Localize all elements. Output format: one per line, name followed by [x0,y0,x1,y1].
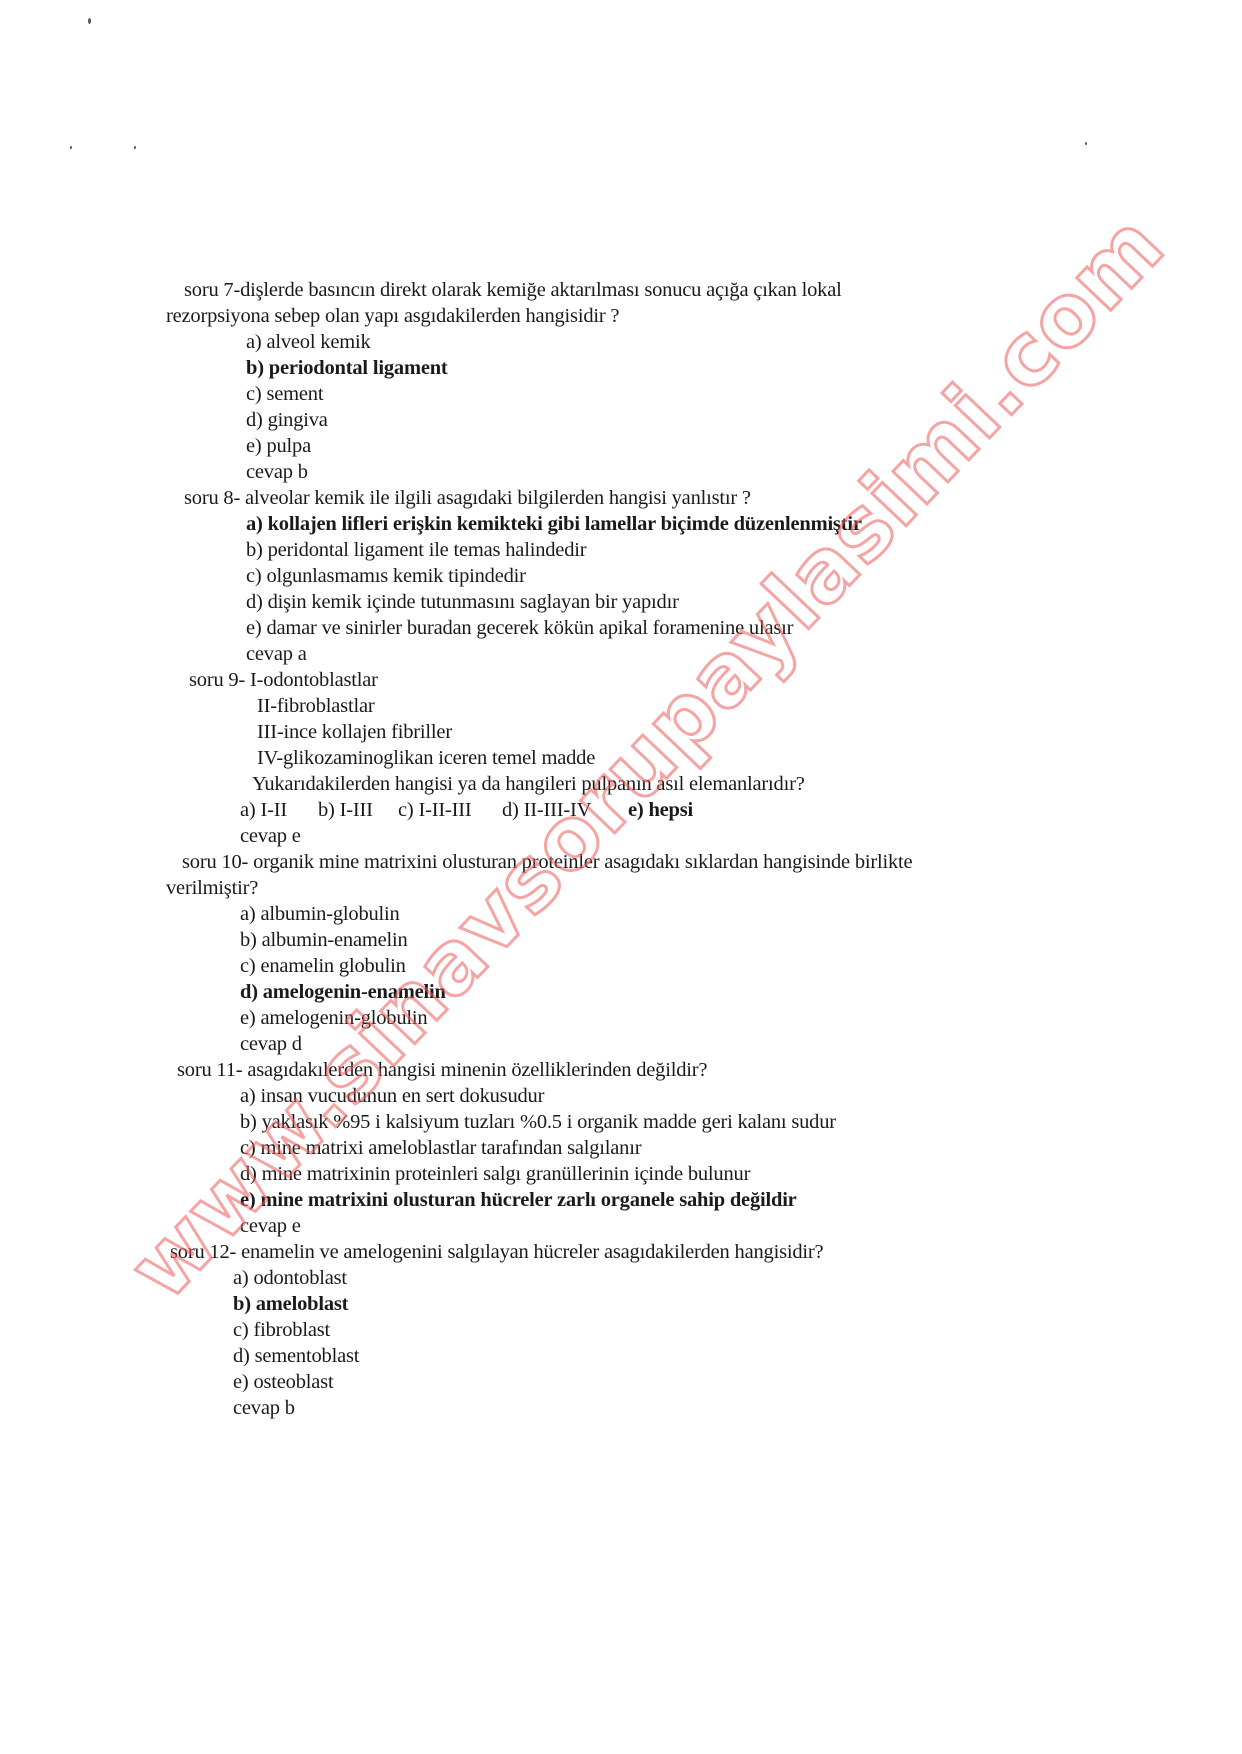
question-7-text: soru 7-dişlerde basıncın direkt olarak k… [184,278,842,302]
question-8-text: soru 8- alveolar kemik ile ilgili asagıd… [184,486,751,510]
question-9-option-b: b) I-III [318,798,373,822]
question-10-option-a: a) albumin-globulin [240,902,400,926]
question-9-stem: Yukarıdakilerden hangisi ya da hangileri… [252,772,805,796]
question-9-item-iv: IV-glikozaminoglikan iceren temel madde [257,746,595,770]
question-9-option-a: a) I-II [240,798,287,822]
question-9-answer: cevap e [240,824,301,848]
scan-speck [134,146,136,149]
question-11-option-c: c) mine matrixi ameloblastlar tarafından… [240,1136,641,1160]
question-9-item-iii: III-ince kollajen fibriller [257,720,452,744]
question-9-option-c: c) I-II-III [398,798,471,822]
question-7-option-c: c) sement [246,382,323,406]
scanned-page: soru 7-dişlerde basıncın direkt olarak k… [0,0,1242,1754]
question-7-answer: cevap b [246,460,308,484]
question-11-option-a: a) insan vucudunun en sert dokusudur [240,1084,544,1108]
question-9-item-ii: II-fibroblastlar [257,694,374,718]
question-9-text: soru 9- I-odontoblastlar [189,668,378,692]
question-9-option-e: e) hepsi [628,798,693,822]
question-11-option-d: d) mine matrixinin proteinleri salgı gra… [240,1162,750,1186]
question-7-option-a: a) alveol kemik [246,330,371,354]
question-9-option-d: d) II-III-IV [502,798,591,822]
scan-speck [88,18,91,24]
question-10-option-c: c) enamelin globulin [240,954,406,978]
question-12-option-d: d) sementoblast [233,1344,359,1368]
question-11-answer: cevap e [240,1214,301,1238]
question-7-option-d: d) gingiva [246,408,328,432]
question-11-option-b: b) yaklasık %95 i kalsiyum tuzları %0.5 … [240,1110,836,1134]
question-8-answer: cevap a [246,642,307,666]
question-12-option-e: e) osteoblast [233,1370,333,1394]
question-10-text: soru 10- organik mine matrixini olustura… [182,850,912,874]
question-8-option-d: d) dişin kemik içinde tutunmasını saglay… [246,590,679,614]
question-10-option-d: d) amelogenin-enamelin [240,980,446,1004]
question-11-text: soru 11- asagıdakılerden hangisi minenin… [177,1058,707,1082]
scan-speck [70,146,72,149]
question-7-text-cont: rezorpsiyona sebep olan yapı asgıdakiler… [166,304,619,328]
question-7-option-e: e) pulpa [246,434,311,458]
question-11-option-e: e) mine matrixini olusturan hücreler zar… [240,1188,797,1212]
scan-speck [1085,142,1087,145]
question-12-option-b: b) ameloblast [233,1292,348,1316]
question-12-option-c: c) fibroblast [233,1318,330,1342]
question-10-answer: cevap d [240,1032,302,1056]
question-8-option-a: a) kollajen lifleri erişkin kemikteki gi… [246,512,862,536]
question-12-option-a: a) odontoblast [233,1266,347,1290]
question-10-text-cont: verilmiştir? [166,876,258,900]
question-10-option-b: b) albumin-enamelin [240,928,408,952]
question-10-option-e: e) amelogenin-globulin [240,1006,427,1030]
question-12-answer: cevap b [233,1396,295,1420]
question-8-option-b: b) peridontal ligament ile temas halinde… [246,538,586,562]
question-7-option-b: b) periodontal ligament [246,356,448,380]
question-12-text: soru 12- enamelin ve amelogenini salgıla… [170,1240,823,1264]
question-8-option-e: e) damar ve sinirler buradan gecerek kök… [246,616,793,640]
question-8-option-c: c) olgunlasmamıs kemik tipindedir [246,564,526,588]
